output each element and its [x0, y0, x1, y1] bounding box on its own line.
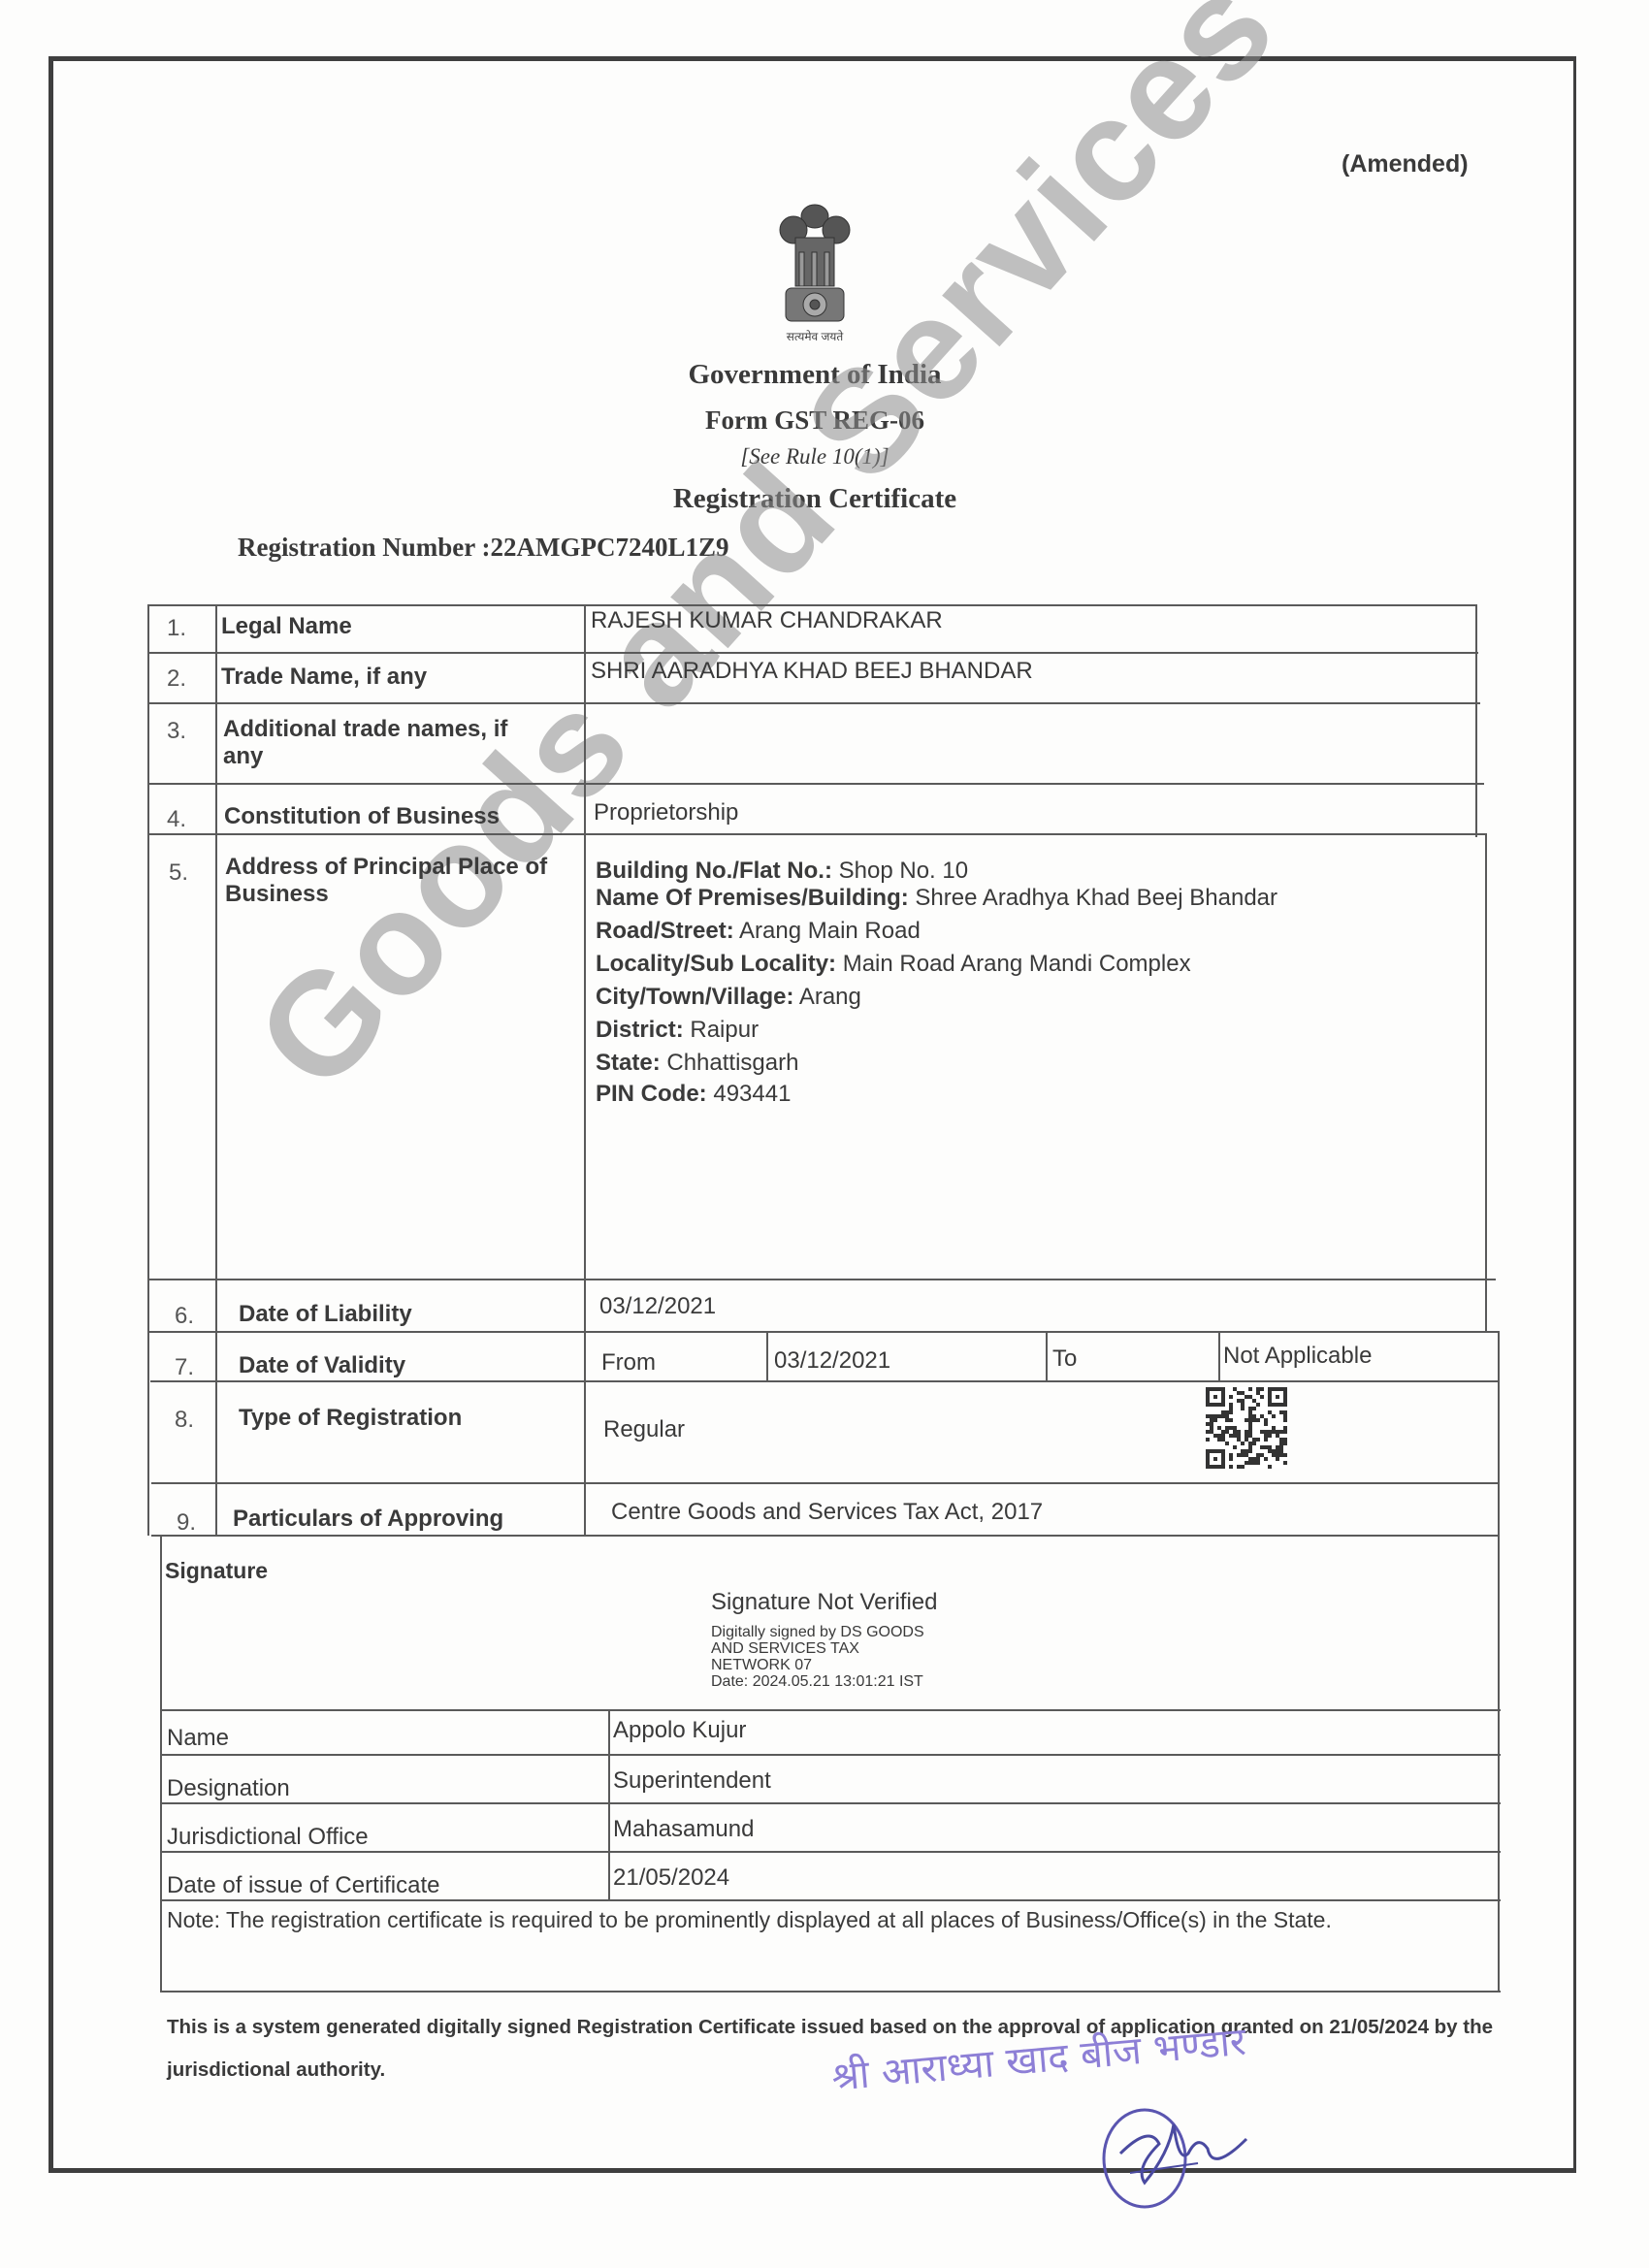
row-value: Proprietorship: [594, 799, 738, 826]
row-number: 6.: [175, 1303, 194, 1330]
row-label: Business: [225, 881, 329, 908]
national-emblem-icon: [766, 199, 863, 330]
row-label: Legal Name: [221, 613, 352, 640]
qr-code-icon: [1206, 1387, 1287, 1469]
handwritten-signature-icon: [1091, 2095, 1295, 2212]
emblem-motto: सत्यमेव जयते: [776, 328, 854, 344]
row-label: Constitution of Business: [224, 803, 500, 830]
row-value: RAJESH KUMAR CHANDRAKAR: [591, 607, 943, 634]
government-title: Government of India: [0, 359, 1630, 391]
row-number: 3.: [167, 718, 186, 745]
amended-label: (Amended): [1342, 150, 1469, 178]
row-number: 4.: [167, 806, 186, 833]
validity-to-value: Not Applicable: [1223, 1343, 1372, 1370]
form-title: Form GST REG-06: [0, 405, 1630, 436]
validity-from-value: 03/12/2021: [774, 1347, 890, 1375]
row-number: 7.: [175, 1354, 194, 1381]
row-value: SHRI AARADHYA KHAD BEEJ BHANDAR: [591, 658, 1033, 685]
certificate-title: Registration Certificate: [0, 483, 1630, 515]
row-label: Date of Liability: [239, 1301, 412, 1328]
signature-label: Signature: [165, 1558, 268, 1584]
row-number: 8.: [175, 1407, 194, 1434]
row-label: Particulars of Approving: [233, 1506, 503, 1533]
digital-signature-block: Signature Not Verified Digitally signed …: [711, 1589, 937, 1690]
validity-to-label: To: [1052, 1345, 1077, 1373]
row-value: Regular: [603, 1416, 685, 1443]
registration-number: Registration Number :22AMGPC7240L1Z9: [238, 533, 728, 563]
row-label: Additional trade names, if: [223, 716, 507, 743]
row-label: Address of Principal Place of: [225, 854, 547, 881]
signature-status: Signature Not Verified: [711, 1589, 937, 1616]
row-number: 9.: [177, 1509, 196, 1537]
row-value: Centre Goods and Services Tax Act, 2017: [611, 1499, 1043, 1526]
row-number: 2.: [167, 665, 186, 693]
row-label: Date of Validity: [239, 1352, 405, 1379]
row-number: 5.: [169, 859, 188, 887]
row-label: any: [223, 743, 263, 770]
row-label: Trade Name, if any: [221, 664, 427, 691]
row-number: 1.: [167, 615, 186, 642]
validity-from-label: From: [601, 1349, 656, 1377]
row-label: Type of Registration: [239, 1405, 462, 1432]
row-value: 03/12/2021: [599, 1293, 716, 1320]
rule-reference: [See Rule 10(1)]: [0, 444, 1630, 470]
display-note: Note: The registration certificate is re…: [167, 1906, 1476, 1933]
